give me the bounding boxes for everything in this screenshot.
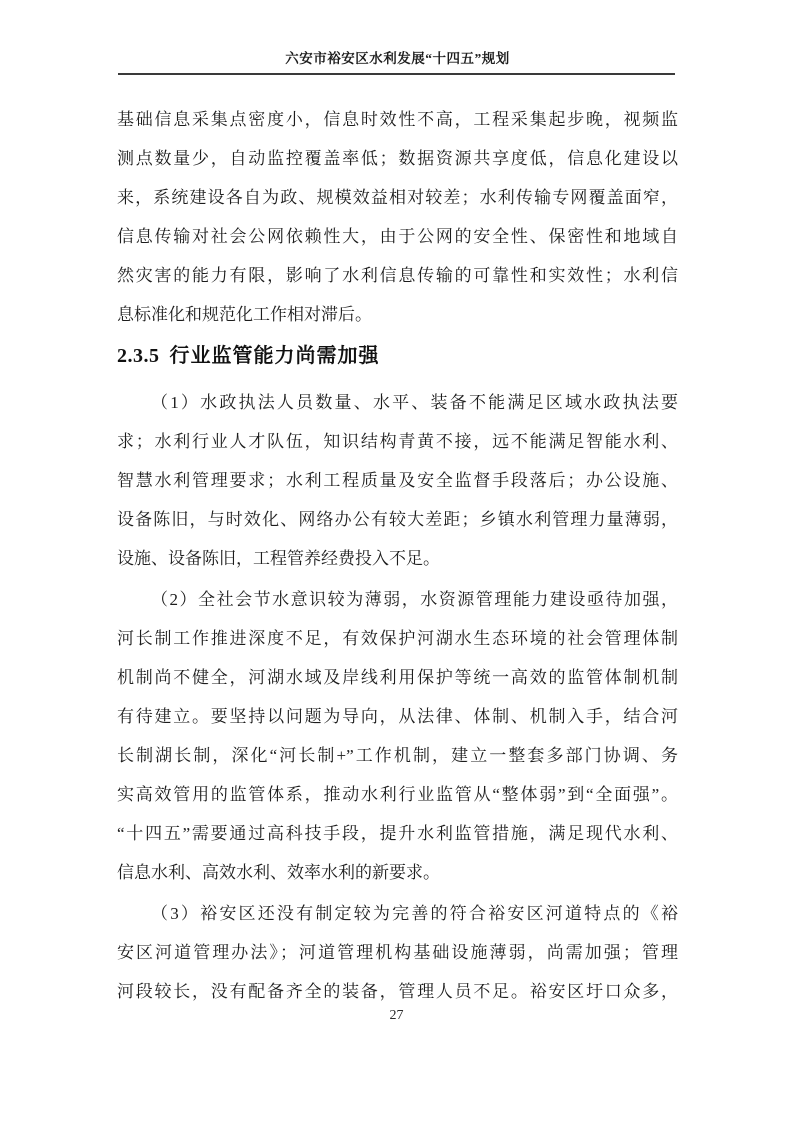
section-heading: 2.3.5行业监管能力尚需加强 [117,336,678,376]
text-line: 有待建立。要坚持以问题为导向，从法律、体制、机制入手，结合河 [117,697,678,736]
text-line: （1）水政执法人员数量、水平、装备不能满足区域水政执法要 [117,383,678,422]
text-line: 然灾害的能力有限，影响了水利信息传输的可靠性和实效性；水利信 [117,256,678,295]
text-line: 来，系统建设各自为政、规模效益相对较差；水利传输专网覆盖面窄， [117,178,678,217]
text-line: 设施、设备陈旧，工程管养经费投入不足。 [117,539,678,578]
text-line: （3）裕安区还没有制定较为完善的符合裕安区河道特点的《裕 [117,894,678,933]
paragraph: （2）全社会节水意识较为薄弱，水资源管理能力建设亟待加强，河长制工作推进深度不足… [117,580,678,892]
section-title: 行业监管能力尚需加强 [170,345,380,367]
text-line: 测点数量少，自动监控覆盖率低；数据资源共享度低，信息化建设以 [117,139,678,178]
text-line: 信息水利、高效水利、效率水利的新要求。 [117,853,678,892]
document-page: 六安市裕安区水利发展“十四五”规划 基础信息采集点密度小，信息时效性不高，工程采… [0,0,793,1122]
page-footer: 27 [0,1006,793,1026]
text-line: 机制尚不健全，河湖水域及岸线利用保护等统一高效的监管体制机制 [117,658,678,697]
text-line: 基础信息采集点密度小，信息时效性不高，工程采集起步晚，视频监 [117,100,678,139]
text-line: 长制湖长制，深化“河长制+”工作机制，建立一整套多部门协调、务 [117,736,678,775]
text-line: 信息传输对社会公网依赖性大，由于公网的安全性、保密性和地域自 [117,217,678,256]
text-line: 设备陈旧，与时效化、网络办公有较大差距；乡镇水利管理力量薄弱， [117,500,678,539]
paragraph: （3）裕安区还没有制定较为完善的符合裕安区河道特点的《裕安区河道管理办法》；河道… [117,894,678,1011]
document-content: 基础信息采集点密度小，信息时效性不高，工程采集起步晚，视频监测点数量少，自动监控… [117,0,678,1011]
text-line: 河长制工作推进深度不足，有效保护河湖水生态环境的社会管理体制 [117,619,678,658]
paragraph: （1）水政执法人员数量、水平、装备不能满足区域水政执法要求；水利行业人才队伍，知… [117,383,678,578]
page-number: 27 [390,1008,404,1023]
text-line: “十四五”需要通过高科技手段，提升水利监管措施，满足现代水利、 [117,814,678,853]
text-line: 实高效管用的监管体系，推动水利行业监管从“整体弱”到“全面强”。 [117,775,678,814]
text-line: 息标准化和规范化工作相对滞后。 [117,295,678,334]
paragraph: 基础信息采集点密度小，信息时效性不高，工程采集起步晚，视频监测点数量少，自动监控… [117,100,678,334]
text-line: 安区河道管理办法》；河道管理机构基础设施薄弱，尚需加强；管理 [117,933,678,972]
section-number: 2.3.5 [117,345,160,367]
text-line: 智慧水利管理要求；水利工程质量及安全监督手段落后；办公设施、 [117,461,678,500]
text-line: 求；水利行业人才队伍，知识结构青黄不接，远不能满足智能水利、 [117,422,678,461]
text-line: （2）全社会节水意识较为薄弱，水资源管理能力建设亟待加强， [117,580,678,619]
